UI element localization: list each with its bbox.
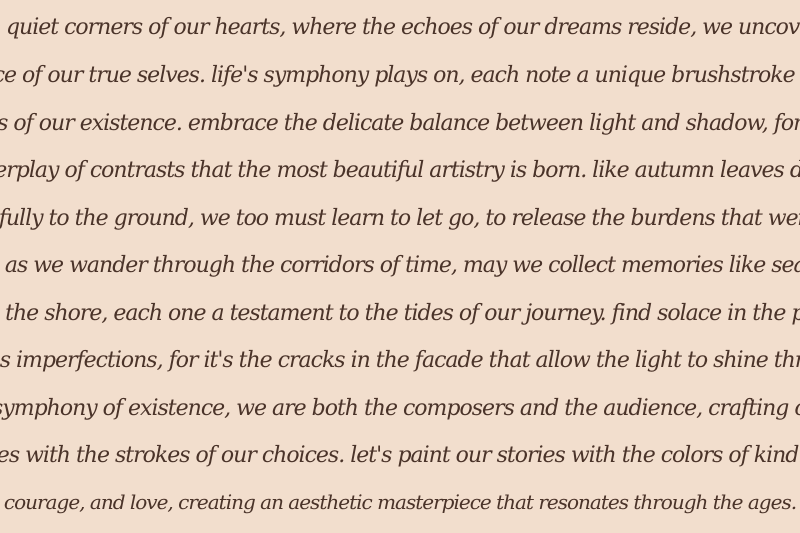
text-line: In the quiet corners of our hearts, wher… bbox=[0, 4, 800, 52]
text-line: the interplay of contrasts that the most… bbox=[0, 147, 800, 195]
text-line: along the shore, each one a testament to… bbox=[0, 290, 800, 338]
text-line: down. as we wander through the corridors… bbox=[0, 242, 800, 290]
text-line: in this symphony of existence, we are bo… bbox=[0, 385, 800, 433]
text-line: essence of our true selves. life's symph… bbox=[0, 52, 800, 100]
text-line: of life's imperfections, for it's the cr… bbox=[0, 337, 800, 385]
text-line: ratives with the strokes of our choices.… bbox=[0, 432, 800, 480]
text-line: courage, and love, creating an aesthetic… bbox=[4, 478, 796, 526]
text-line: gracefully to the ground, we too must le… bbox=[0, 195, 800, 243]
script-font-specimen-page: In the quiet corners of our hearts, wher… bbox=[0, 0, 800, 533]
text-line: canvas of our existence. embrace the del… bbox=[0, 100, 800, 148]
